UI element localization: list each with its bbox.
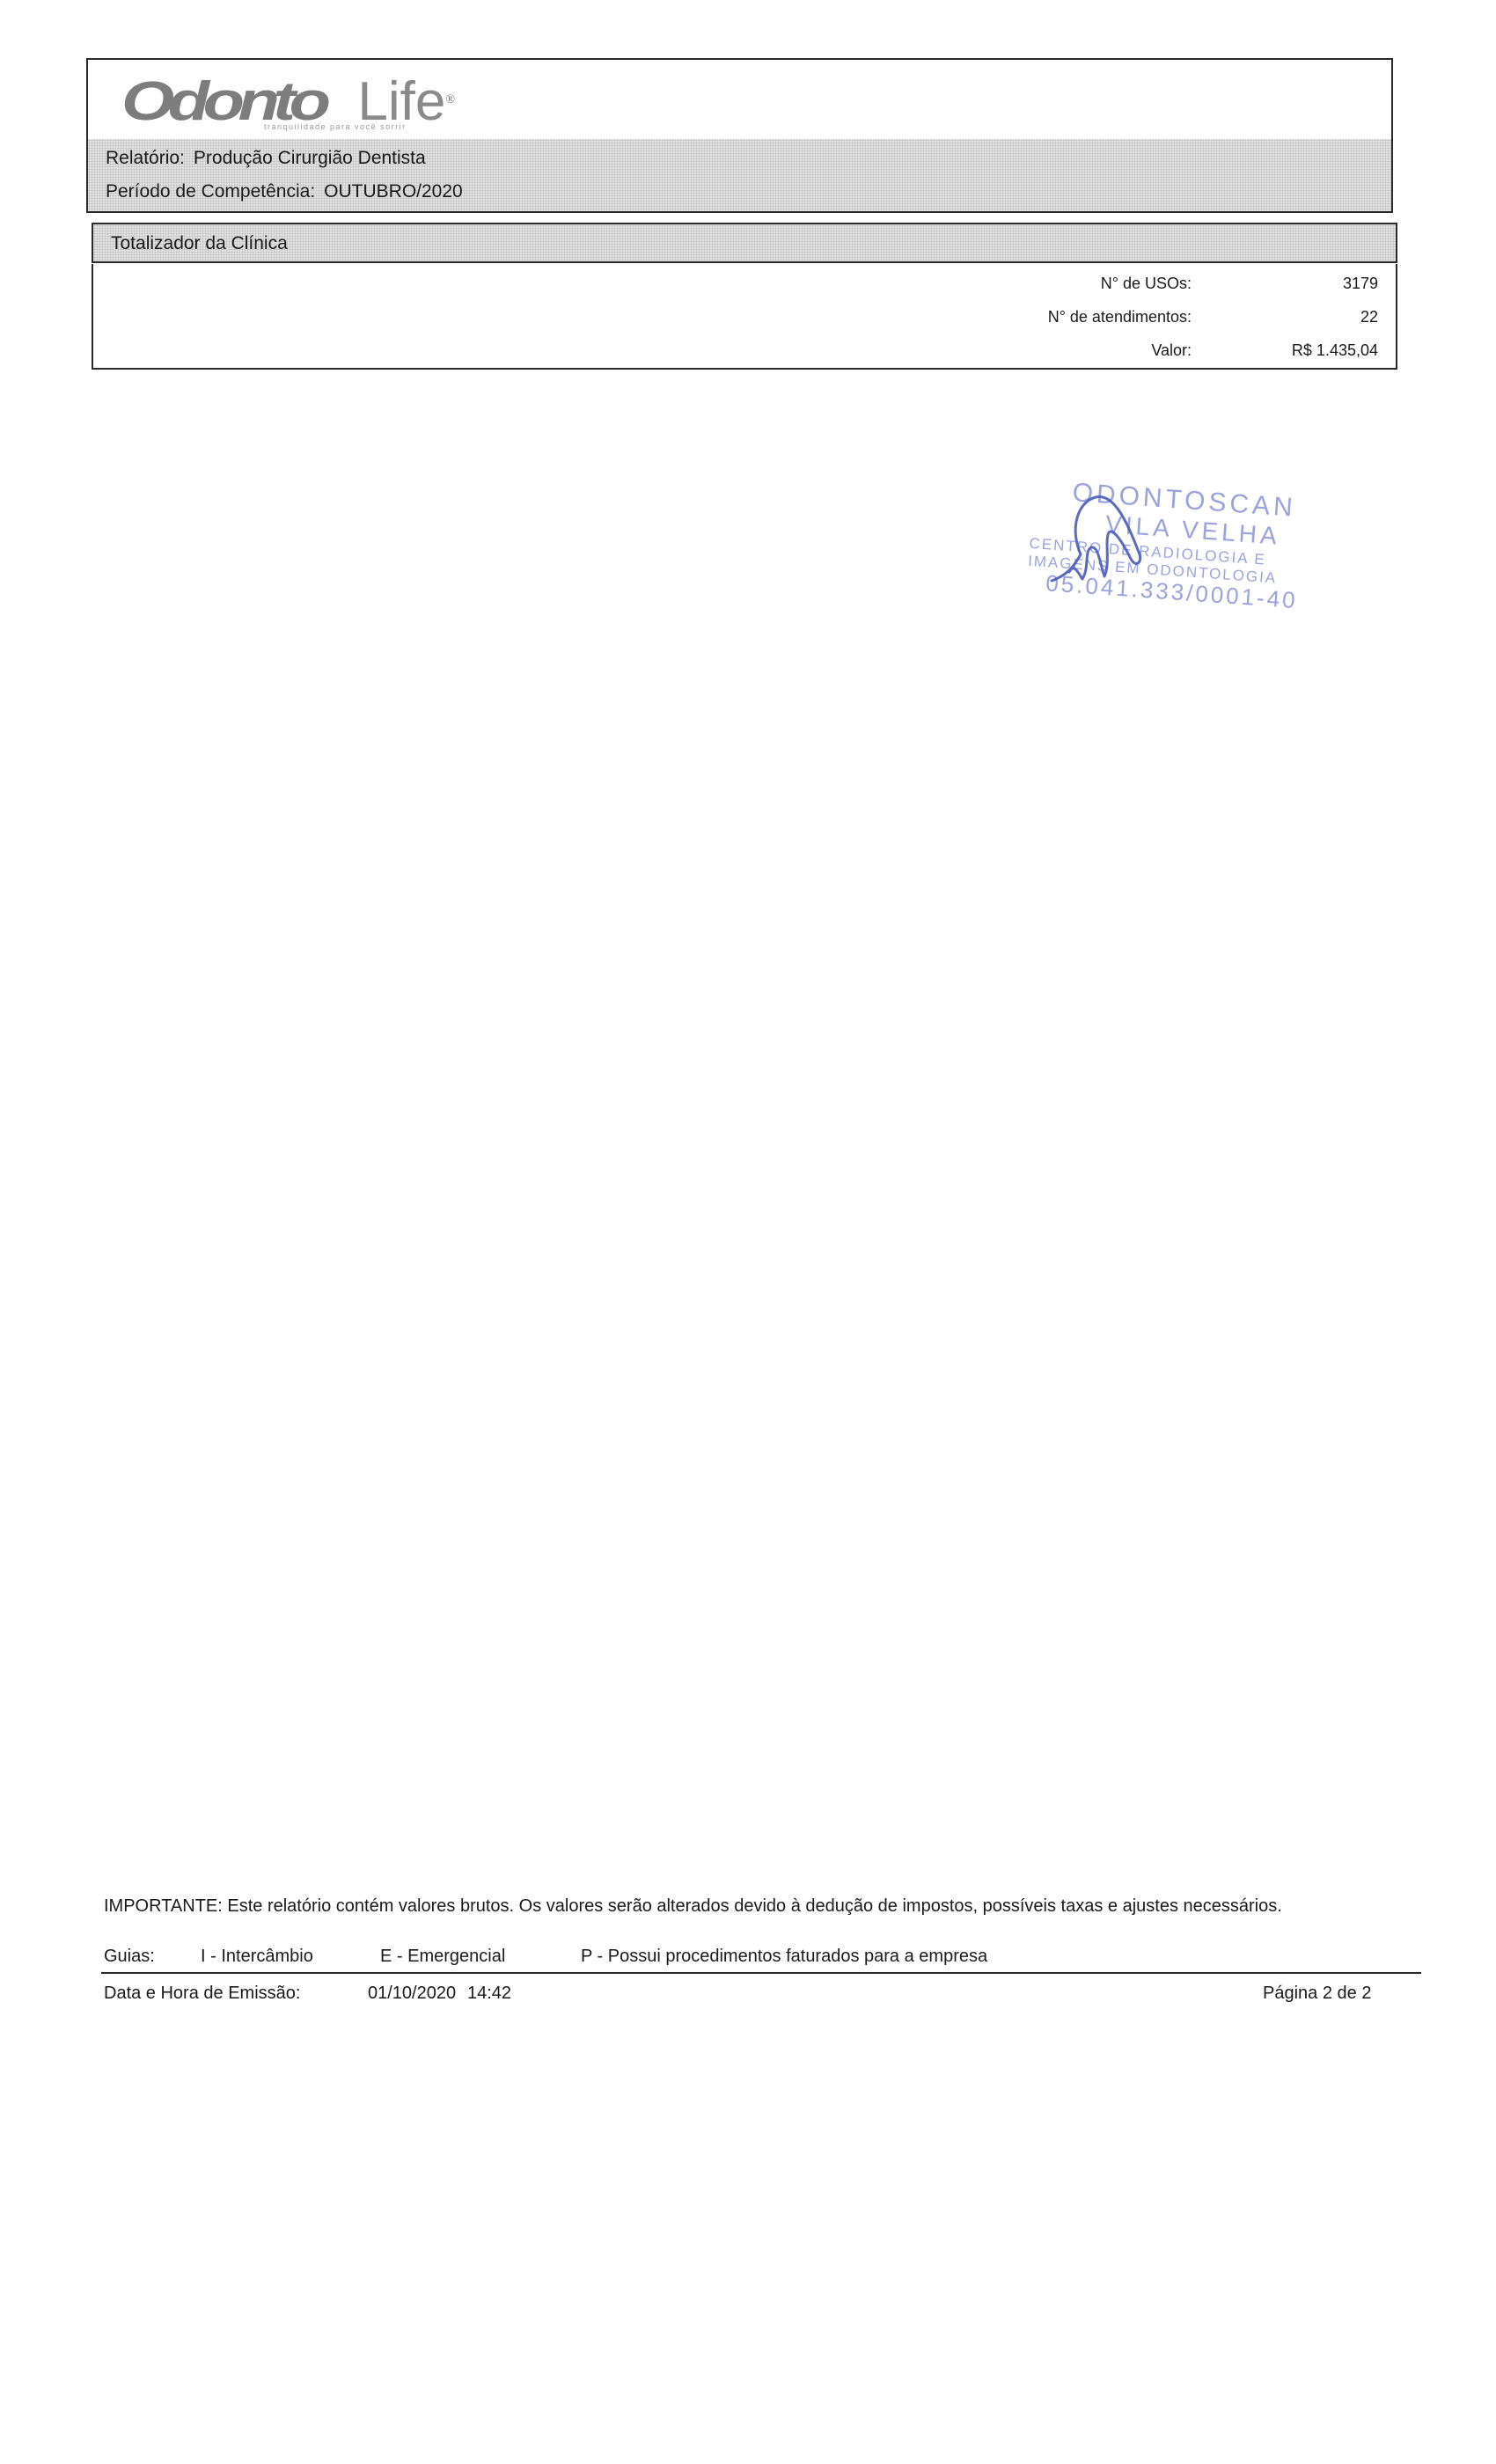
totalizador-body: N° de USOs: 3179 N° de atendimentos: 22 … xyxy=(92,264,1397,370)
emission-time: 14:42 xyxy=(467,1984,511,2004)
atendimentos-value: 22 xyxy=(1360,308,1378,326)
report-label: Relatório: xyxy=(106,148,185,168)
guias-item-procedimentos: P - Possui procedimentos faturados para … xyxy=(581,1947,987,1967)
report-name-line: Relatório:Produção Cirurgião Dentista xyxy=(106,148,426,169)
guias-item-emergencial: E - Emergencial xyxy=(380,1947,505,1967)
report-info: Relatório:Produção Cirurgião Dentista Pe… xyxy=(88,139,1391,211)
usos-value: 3179 xyxy=(1343,275,1378,293)
period-line: Período de Competência:OUTUBRO/2020 xyxy=(106,181,463,202)
guias-label: Guias: xyxy=(104,1947,155,1967)
emission-label: Data e Hora de Emissão: xyxy=(104,1984,300,2004)
logo-odonto: Odonto xyxy=(121,76,324,128)
registered-mark-icon: ® xyxy=(445,93,455,106)
logo-tagline: tranquilidade para você sorrir xyxy=(264,122,407,131)
report-header: OdontoLife® tranquilidade para você sorr… xyxy=(86,58,1393,213)
valor-value: R$ 1.435,04 xyxy=(1292,341,1378,360)
guias-item-intercambio: I - Intercâmbio xyxy=(201,1947,313,1967)
odontolife-logo: OdontoLife® xyxy=(121,76,455,128)
signature-icon xyxy=(1047,493,1153,590)
totalizador-row-atendimentos: N° de atendimentos: 22 xyxy=(93,308,1396,329)
period-value: OUTUBRO/2020 xyxy=(324,181,463,202)
logo-area: OdontoLife® tranquilidade para você sorr… xyxy=(88,60,1391,141)
totalizador-header: Totalizador da Clínica xyxy=(92,223,1397,263)
totalizador-row-usos: N° de USOs: 3179 xyxy=(93,275,1396,296)
report-value: Produção Cirurgião Dentista xyxy=(194,148,426,168)
period-label: Período de Competência: xyxy=(106,181,315,202)
totalizador-row-valor: Valor: R$ 1.435,04 xyxy=(93,341,1396,363)
emission-date: 01/10/2020 xyxy=(368,1984,456,2004)
valor-label: Valor: xyxy=(1151,341,1192,360)
important-note: IMPORTANTE: Este relatório contém valore… xyxy=(104,1894,1353,1918)
atendimentos-label: N° de atendimentos: xyxy=(1048,308,1192,326)
page-indicator: Página 2 de 2 xyxy=(1263,1984,1371,2004)
totalizador-title: Totalizador da Clínica xyxy=(111,233,288,254)
footer-divider xyxy=(101,1972,1421,1974)
usos-label: N° de USOs: xyxy=(1101,275,1192,293)
